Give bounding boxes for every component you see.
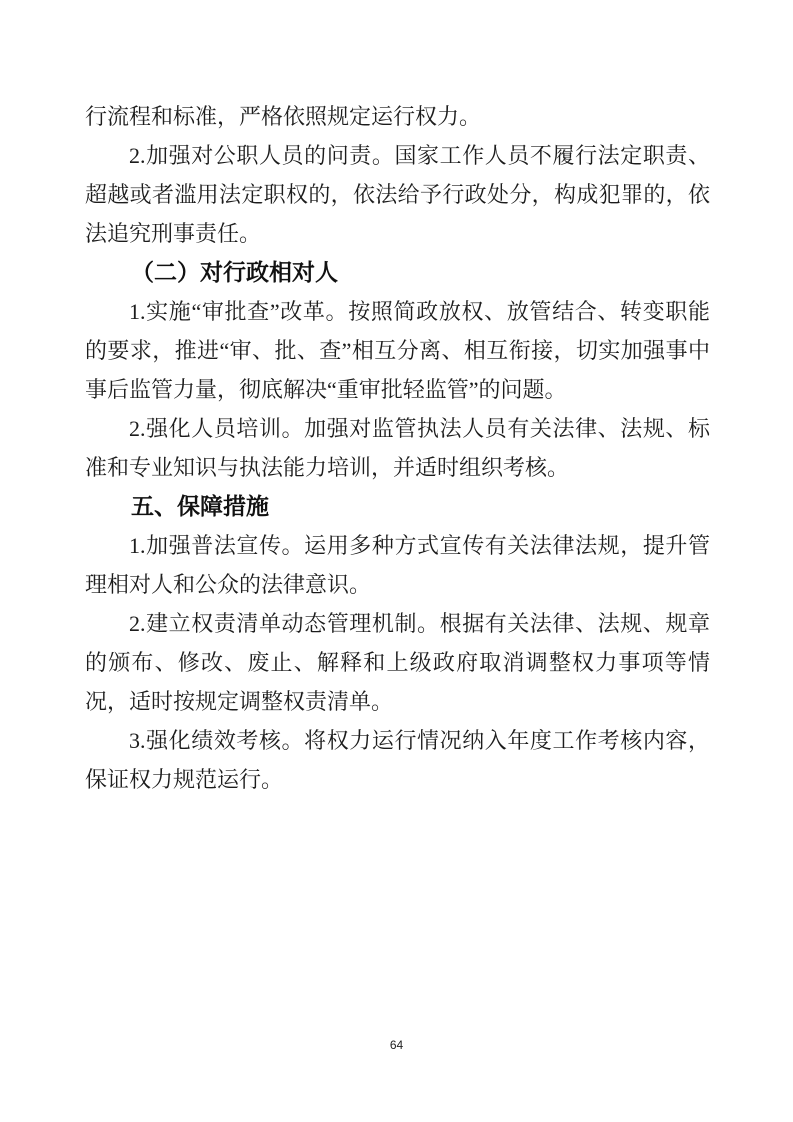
paragraph-approval-reform: 1.实施“审批查”改革。按照简政放权、放管结合、转变职能的要求，推进“审、批、查… [85,292,710,409]
paragraph-dynamic-management: 2.建立权责清单动态管理机制。根据有关法律、法规、规章的颁布、修改、废止、解释和… [85,604,710,721]
paragraph-continuation: 行流程和标准，严格依照规定运行权力。 [85,97,710,136]
paragraph-law-publicity: 1.加强普法宣传。运用多种方式宣传有关法律法规，提升管理相对人和公众的法律意识。 [85,526,710,604]
paragraph-performance-assessment: 3.强化绩效考核。将权力运行情况纳入年度工作考核内容，保证权力规范运行。 [85,721,710,799]
section-heading-administrative-counterpart: （二）对行政相对人 [85,253,710,292]
document-body: 行流程和标准，严格依照规定运行权力。 2.加强对公职人员的问责。国家工作人员不履… [85,97,710,799]
paragraph-personnel-training: 2.强化人员培训。加强对监管执法人员有关法律、法规、标准和专业知识与执法能力培训… [85,409,710,487]
section-heading-safeguard-measures: 五、保障措施 [85,487,710,526]
document-page: 行流程和标准，严格依照规定运行权力。 2.加强对公职人员的问责。国家工作人员不履… [0,0,793,1122]
paragraph-accountability: 2.加强对公职人员的问责。国家工作人员不履行法定职责、超越或者滥用法定职权的，依… [85,136,710,253]
page-number: 64 [0,1038,793,1052]
